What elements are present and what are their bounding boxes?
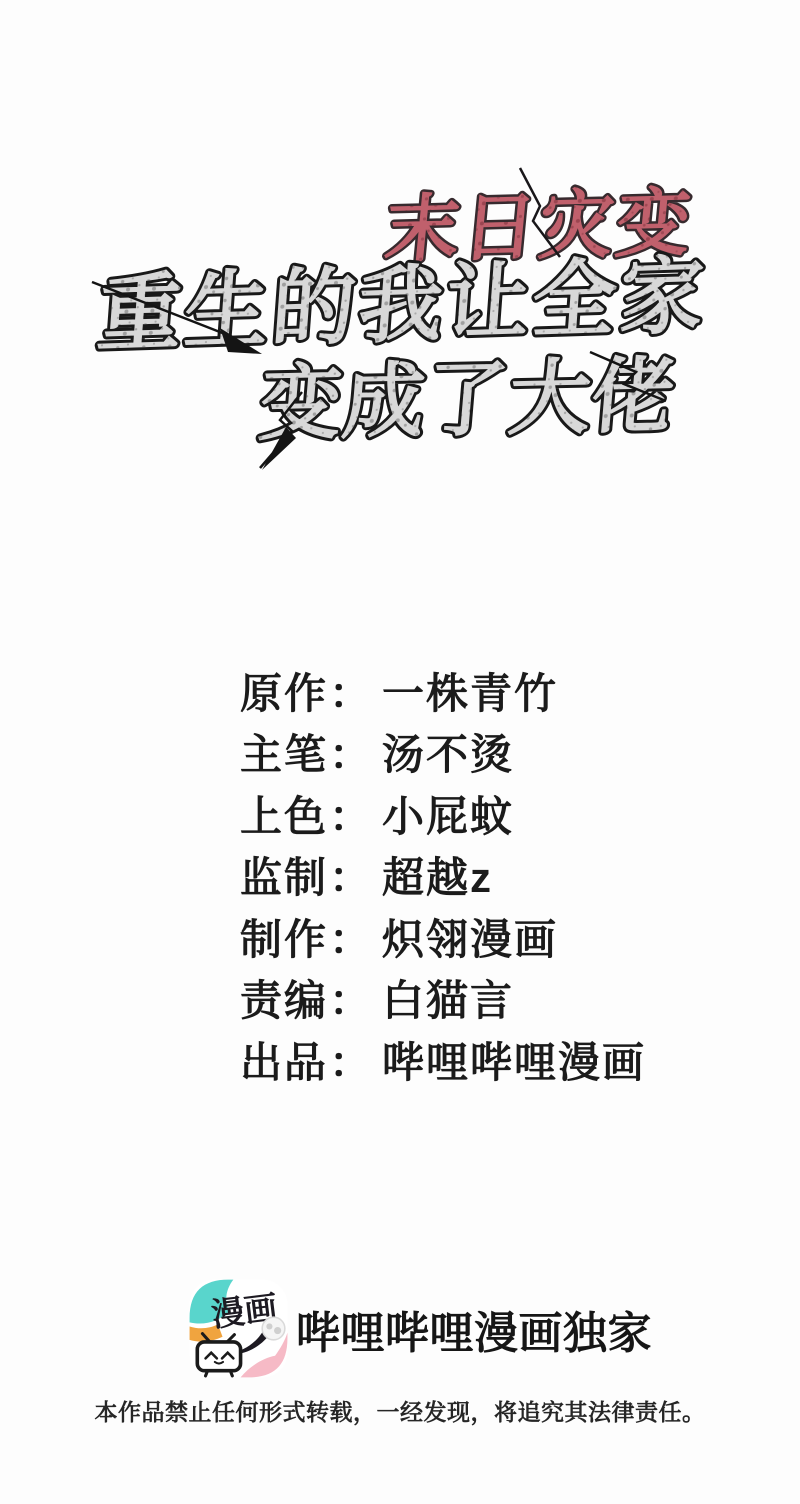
credit-label: 制作 [240, 907, 328, 967]
credit-row-production: 制作：炽翎漫画 [240, 906, 646, 968]
credit-colon: ： [329, 968, 373, 1028]
credit-colon: ： [329, 907, 373, 967]
bilibili-manga-logo-icon: 漫画 [187, 1277, 290, 1380]
credit-value: 超越z [382, 845, 493, 905]
credit-row-colorist: 上色：小屁蚊 [240, 783, 646, 845]
credit-row-supervisor: 监制：超越z [240, 845, 646, 907]
credit-value: 汤不烫 [382, 722, 514, 782]
credit-colon: ： [329, 661, 373, 721]
title-line2-texture: 变成了大佬 [256, 351, 679, 451]
credit-row-original-author: 原作：一株青竹 [240, 660, 646, 722]
credit-label: 出品 [240, 1030, 328, 1090]
credit-label: 上色 [240, 784, 328, 844]
credit-value: 一株青竹 [382, 661, 558, 721]
title-art: 末日灾变 末日灾变 重生的我让全家 重生的我让全家 变成了大佬 变成了大佬 [0, 0, 800, 520]
credit-value: 小屁蚊 [382, 784, 514, 844]
credits-list: 原作：一株青竹 主笔：汤不烫 上色：小屁蚊 监制：超越z 制作：炽翎漫画 责编：… [240, 660, 646, 1091]
credit-colon: ： [329, 784, 373, 844]
credit-colon: ： [329, 722, 373, 782]
credit-label: 监制 [240, 845, 328, 905]
copyright-disclaimer: 本作品禁止任何形式转载，一经发现，将追究其法律责任。 [0, 1394, 800, 1427]
footer-brand: 漫画 哔哩哔哩漫画独家 [187, 1277, 652, 1380]
credit-row-editor: 责编：白猫言 [240, 968, 646, 1030]
credit-row-lead-artist: 主笔：汤不烫 [240, 722, 646, 784]
title-line1-texture: 重生的我让全家 [94, 248, 710, 361]
credit-value: 白猫言 [382, 968, 514, 1028]
credit-label: 原作 [240, 661, 328, 721]
credit-label: 责编 [240, 968, 328, 1028]
credit-label: 主笔 [240, 722, 328, 782]
logo-paw [262, 1317, 285, 1340]
credit-value: 炽翎漫画 [382, 907, 558, 967]
credit-colon: ： [329, 845, 373, 905]
brand-exclusive-text: 哔哩哔哩漫画独家 [296, 1297, 652, 1361]
credit-colon: ： [329, 1030, 373, 1090]
page: 末日灾变 末日灾变 重生的我让全家 重生的我让全家 变成了大佬 变成了大佬 原作… [0, 0, 800, 1504]
credit-value: 哔哩哔哩漫画 [382, 1030, 646, 1090]
credit-row-publisher: 出品：哔哩哔哩漫画 [240, 1029, 646, 1091]
